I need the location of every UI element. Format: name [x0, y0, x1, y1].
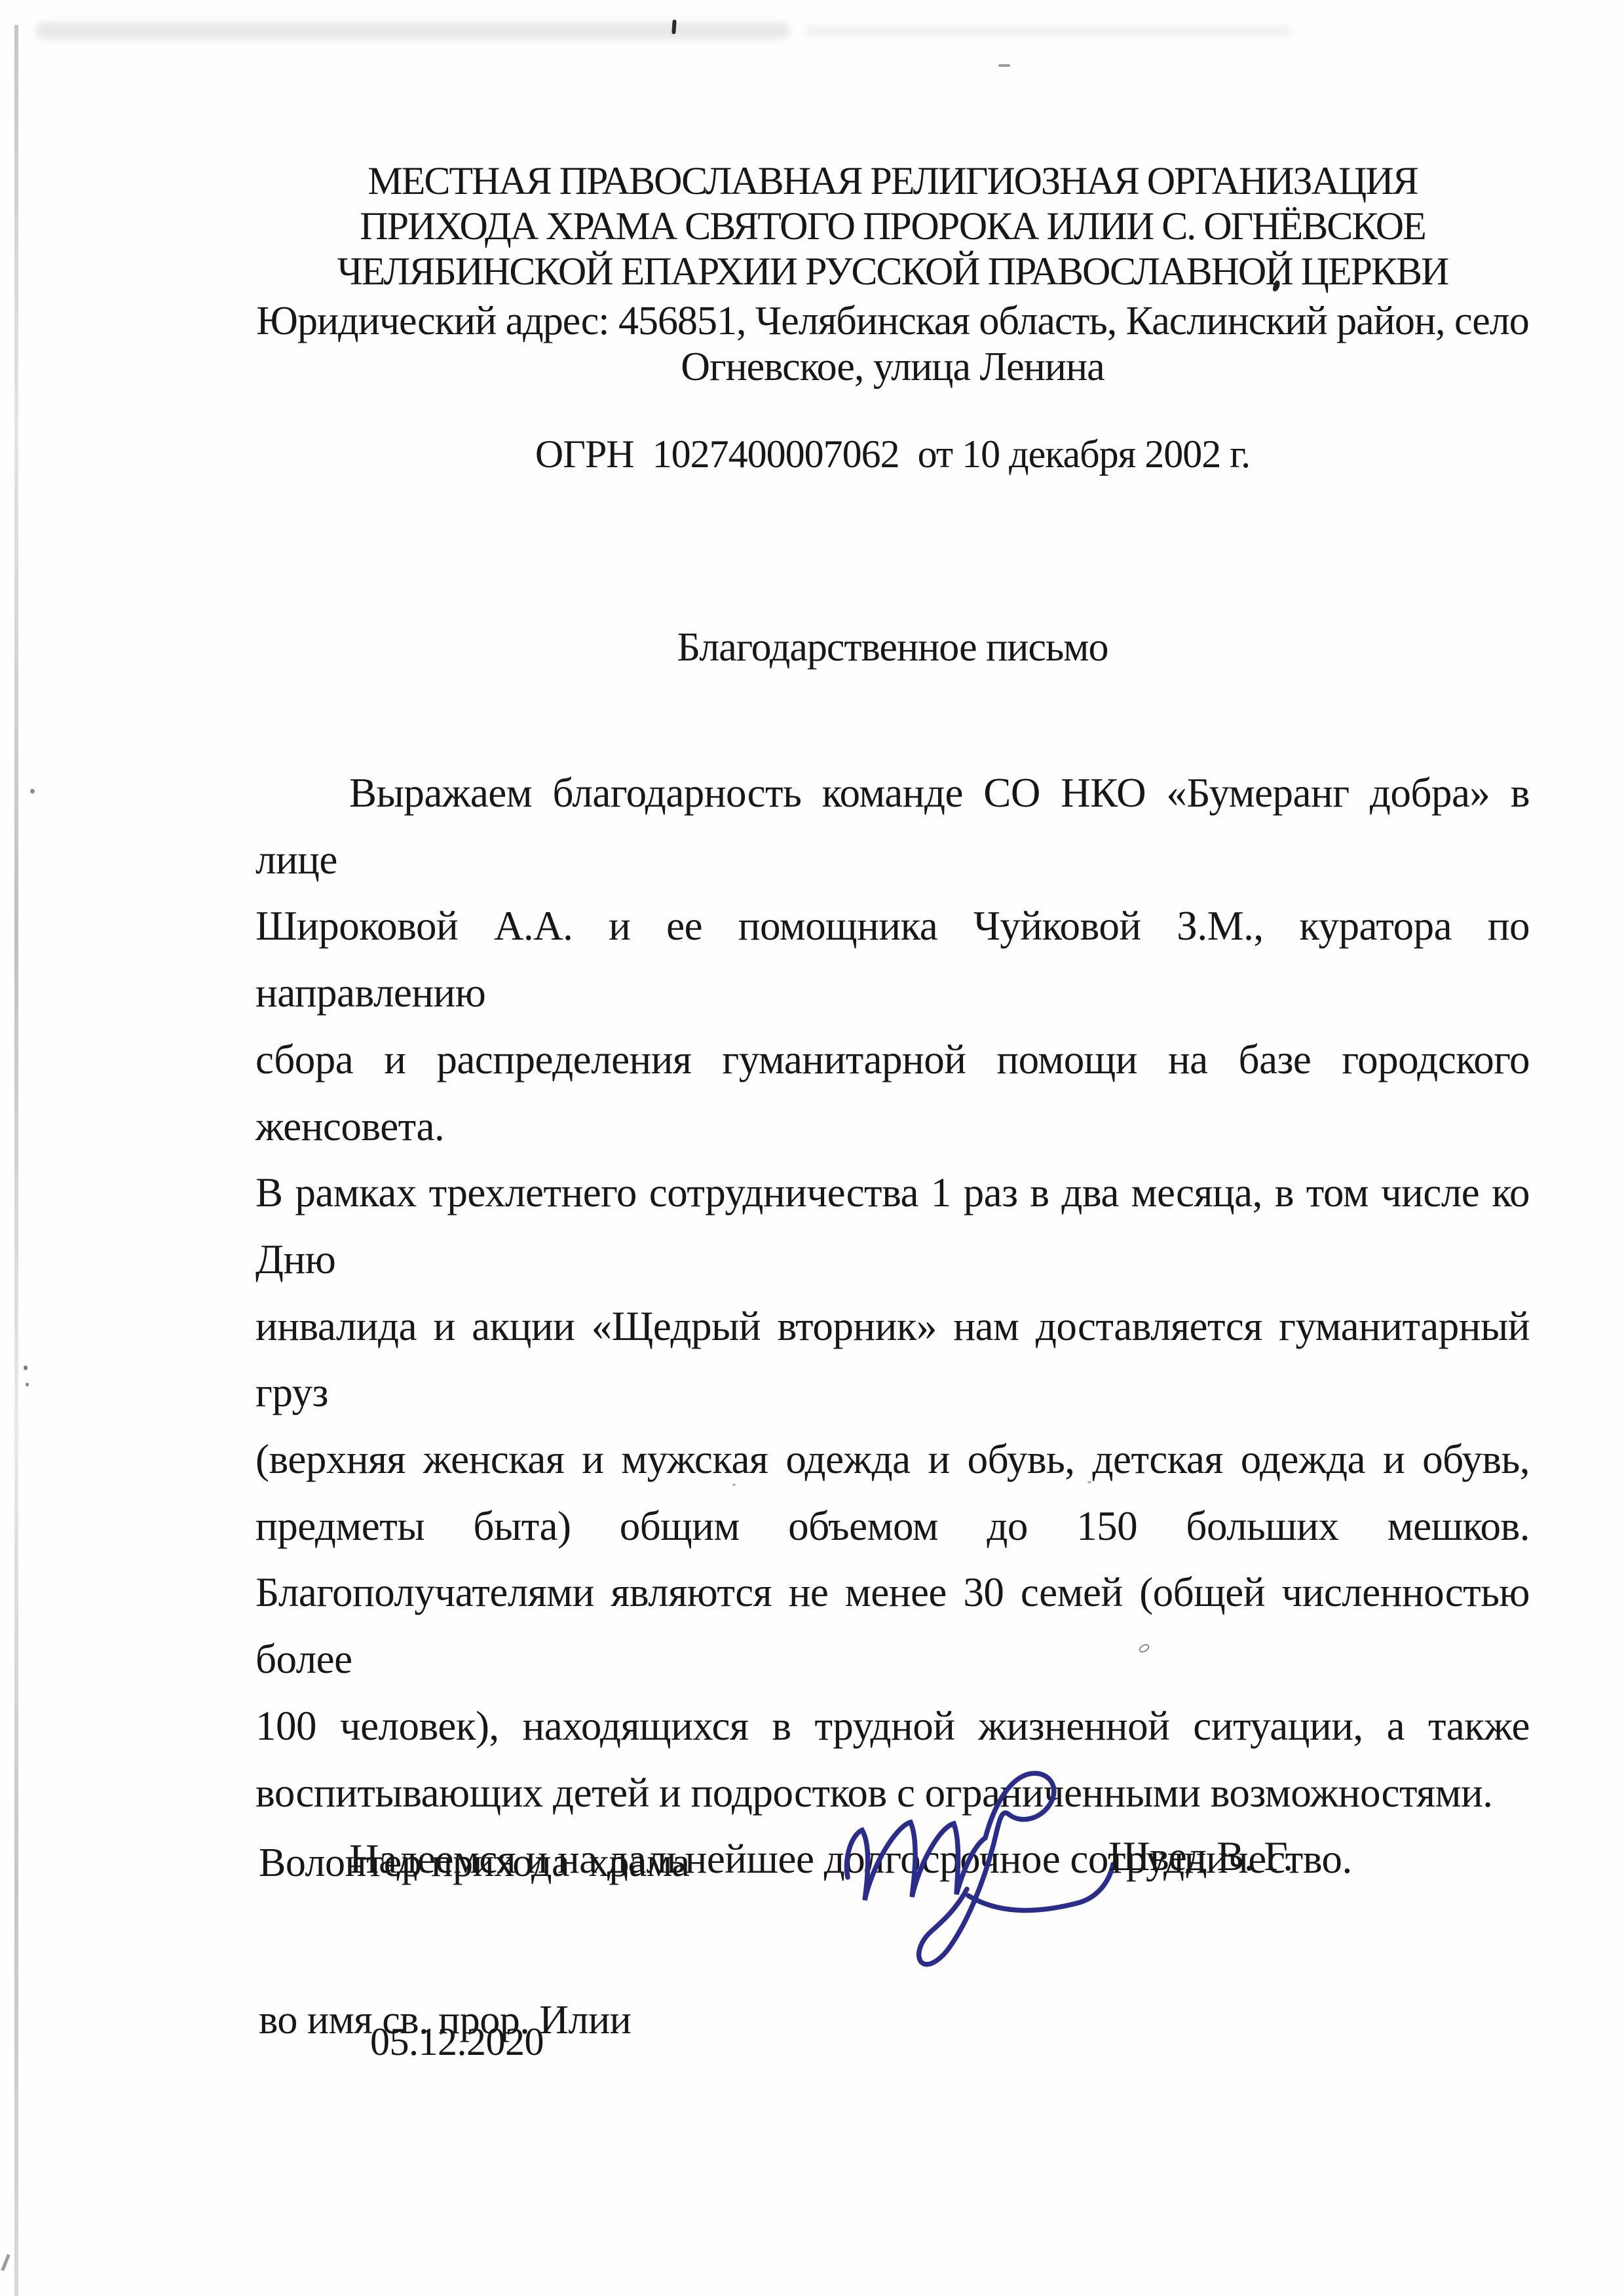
scan-noise-band — [806, 26, 1291, 36]
scan-edge-line — [14, 25, 18, 2296]
org-address: Юридический адрес: 456851, Челябинская о… — [255, 298, 1530, 390]
signoff-position: Волонтер прихода храма во имя св. прор. … — [259, 1732, 848, 2151]
org-header: МЕСТНАЯ ПРАВОСЛАВНАЯ РЕЛИГИОЗНАЯ ОРГАНИЗ… — [255, 159, 1530, 294]
scan-speck — [24, 1366, 28, 1370]
body-line: Широковой А.А. и ее помощника Чуйковой З… — [255, 893, 1530, 1026]
letter-title: Благодарственное письмо — [255, 624, 1530, 671]
body-line: Выражаем благодарность команде СО НКО «Б… — [255, 760, 1530, 893]
ogrn-line: ОГРН 1027400007062 от 10 декабря 2002 г. — [255, 431, 1530, 477]
letter-date: 05.12.2020 — [370, 2018, 544, 2065]
body-line: сбора и распределения гуманитарной помощ… — [255, 1027, 1530, 1160]
org-name-line-2: ПРИХОДА ХРАМА СВЯТОГО ПРОРОКА ИЛИИ С. ОГ… — [255, 204, 1530, 249]
signer-name: Швед В. Г. — [1108, 1833, 1293, 1879]
handwritten-signature — [839, 1766, 1245, 2015]
document-page: МЕСТНАЯ ПРАВОСЛАВНАЯ РЕЛИГИОЗНАЯ ОРГАНИЗ… — [0, 0, 1624, 2296]
org-name-line-3: ЧЕЛЯБИНСКОЙ ЕПАРХИИ РУССКОЙ ПРАВОСЛАВНОЙ… — [255, 249, 1530, 294]
org-name-line-1: МЕСТНАЯ ПРАВОСЛАВНАЯ РЕЛИГИОЗНАЯ ОРГАНИЗ… — [255, 159, 1530, 204]
scan-noise-band — [36, 22, 789, 39]
signoff-position-line-1: Волонтер прихода храма — [259, 1837, 848, 1889]
org-address-line-1: Юридический адрес: 456851, Челябинская о… — [255, 298, 1530, 344]
signature-loop-descender-stroke — [919, 1773, 1054, 1964]
letter-body: Выражаем благодарность команде СО НКО «Б… — [255, 760, 1530, 1893]
body-line: Благополучателями являются не менее 30 с… — [255, 1559, 1530, 1693]
scan-speck — [30, 789, 35, 794]
org-address-line-2: Огневское, улица Ленина — [255, 344, 1530, 390]
scan-speck — [1, 2254, 10, 2271]
body-line: (верхняя женская и мужская одежда и обув… — [255, 1426, 1530, 1493]
body-line: В рамках трехлетнего сотрудничества 1 ра… — [255, 1160, 1530, 1293]
scan-speck — [26, 1383, 29, 1387]
scan-speck — [998, 64, 1010, 67]
body-line: инвалида и акции «Щедрый вторник» нам до… — [255, 1293, 1530, 1426]
signature-tail-stroke — [968, 1864, 1113, 1910]
signoff-position-line-2: во имя св. прор. Илии — [259, 1994, 848, 2046]
body-line: предметы быта) общим объемом до 150 боль… — [255, 1493, 1530, 1560]
